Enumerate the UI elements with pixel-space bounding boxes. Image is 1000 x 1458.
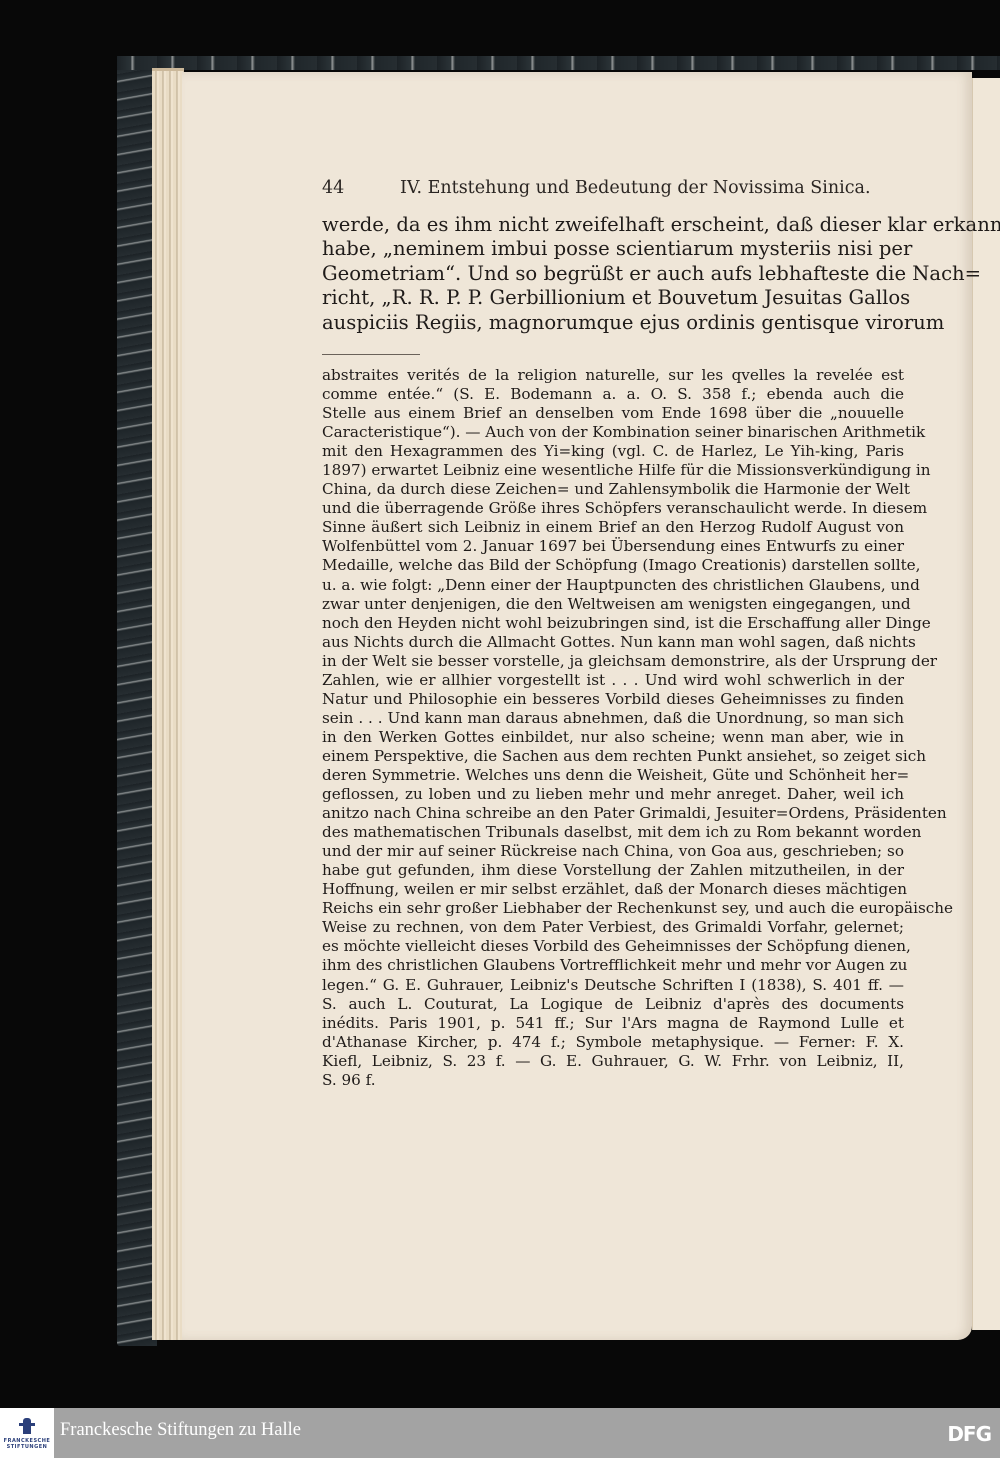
viewer-footer: FRANCKESCHE STIFTUNGEN Franckesche Stift… (0, 1408, 1000, 1458)
footnote-line: noch den Heyden nicht wohl beizubringen … (322, 614, 904, 633)
footnote-line: S. 96 f. (322, 1071, 904, 1090)
footnote-line: anitzo nach China schreibe an den Pater … (322, 804, 904, 823)
footnote-line: und der mir auf seiner Rückreise nach Ch… (322, 842, 904, 861)
dfg-logo[interactable]: DFG (947, 1422, 991, 1446)
footnote-line: comme entée.“ (S. E. Bodemann a. a. O. S… (322, 385, 904, 404)
footnote-line: in den Werken Gottes einbildet, nur also… (322, 728, 904, 747)
footnote-line: einem Perspektive, die Sachen aus dem re… (322, 747, 904, 766)
book-cover-top-edge (117, 56, 1000, 70)
footnote-line: Kiefl, Leibniz, S. 23 f. — G. E. Guhraue… (322, 1052, 904, 1071)
footnote-line: China, da durch diese Zeichen= und Zahle… (322, 480, 904, 499)
running-head: 44IV. Entstehung und Bedeutung der Novis… (322, 178, 902, 198)
text-line: werde, da es ihm nicht zweifelhaft ersch… (322, 213, 904, 237)
footnote-line: geflossen, zu loben und zu lieben mehr u… (322, 785, 904, 804)
text-line: richt, „R. R. P. P. Gerbillionium et Bou… (322, 286, 904, 310)
page-stack-edges (152, 68, 184, 1340)
footnote-line: d'Athanase Kircher, p. 474 f.; Symbole m… (322, 1033, 904, 1052)
footnote-line: 1897) erwartet Leibniz eine wesentliche … (322, 461, 904, 480)
text-line: habe, „neminem imbui posse scientiarum m… (322, 237, 904, 261)
footnote: abstraites verités de la religion nature… (322, 366, 904, 1090)
footnote-line: abstraites verités de la religion nature… (322, 366, 904, 385)
footnote-line: in der Welt sie besser vorstelle, ja gle… (322, 652, 904, 671)
footnote-line: des mathematischen Tribunals daselbst, m… (322, 823, 904, 842)
footnote-separator (322, 354, 420, 355)
page-number: 44 (322, 178, 400, 198)
footnote-line: Medaille, welche das Bild der Schöpfung … (322, 556, 904, 575)
footnote-line: mit den Hexagrammen des Yi=king (vgl. C.… (322, 442, 904, 461)
logo-caption: FRANCKESCHE STIFTUNGEN (4, 1438, 51, 1450)
footnote-line: sein . . . Und kann man daraus abnehmen,… (322, 709, 904, 728)
footnote-line: und die überragende Größe ihres Schöpfer… (322, 499, 904, 518)
text-line: auspiciis Regiis, magnorumque ejus ordin… (322, 311, 904, 335)
scan-background: 44IV. Entstehung und Bedeutung der Novis… (0, 0, 1000, 1408)
footnote-line: Sinne äußert sich Leibniz in einem Brief… (322, 518, 904, 537)
footnote-line: aus Nichts durch die Allmacht Gottes. Nu… (322, 633, 904, 652)
footnote-line: Caracteristique“). — Auch von der Kombin… (322, 423, 904, 442)
book-cover-edge (117, 56, 157, 1346)
footnote-line: Reichs ein sehr großer Liebhaber der Rec… (322, 899, 904, 918)
text-line: Geometriam“. Und so begrüßt er auch aufs… (322, 262, 904, 286)
footnote-line: legen.“ G. E. Guhrauer, Leibniz's Deutsc… (322, 976, 904, 995)
footnote-line: Weise zu rechnen, von dem Pater Verbiest… (322, 918, 904, 937)
footnote-line: Hoffnung, weilen er mir selbst erzählet,… (322, 880, 904, 899)
institution-emblem-icon (19, 1416, 35, 1436)
footnote-line: ihm des christlichen Glaubens Vortreffli… (322, 956, 904, 975)
footnote-line: u. a. wie folgt: „Denn einer der Hauptpu… (322, 576, 904, 595)
footnote-line: deren Symmetrie. Welches uns denn die We… (322, 766, 904, 785)
institution-name[interactable]: Franckesche Stiftungen zu Halle (60, 1420, 301, 1441)
footnote-line: es möchte vielleicht dieses Vorbild des … (322, 937, 904, 956)
franckesche-stiftungen-logo[interactable]: FRANCKESCHE STIFTUNGEN (0, 1408, 54, 1458)
footnote-line: Stelle aus einem Brief an denselben vom … (322, 404, 904, 423)
main-text: werde, da es ihm nicht zweifelhaft ersch… (322, 213, 904, 335)
footnote-line: habe gut gefunden, ihm diese Vorstellung… (322, 861, 904, 880)
footnote-line: zwar unter denjenigen, die den Weltweise… (322, 595, 904, 614)
footnote-line: S. auch L. Couturat, La Logique de Leibn… (322, 995, 904, 1014)
footnote-line: inédits. Paris 1901, p. 541 ff.; Sur l'A… (322, 1014, 904, 1033)
footnote-line: Natur und Philosophie ein besseres Vorbi… (322, 690, 904, 709)
footnote-line: Zahlen, wie er allhier vorgestellt ist .… (322, 671, 904, 690)
footnote-line: Wolfenbüttel vom 2. Januar 1697 bei Über… (322, 537, 904, 556)
chapter-title: IV. Entstehung und Bedeutung der Novissi… (400, 178, 871, 198)
